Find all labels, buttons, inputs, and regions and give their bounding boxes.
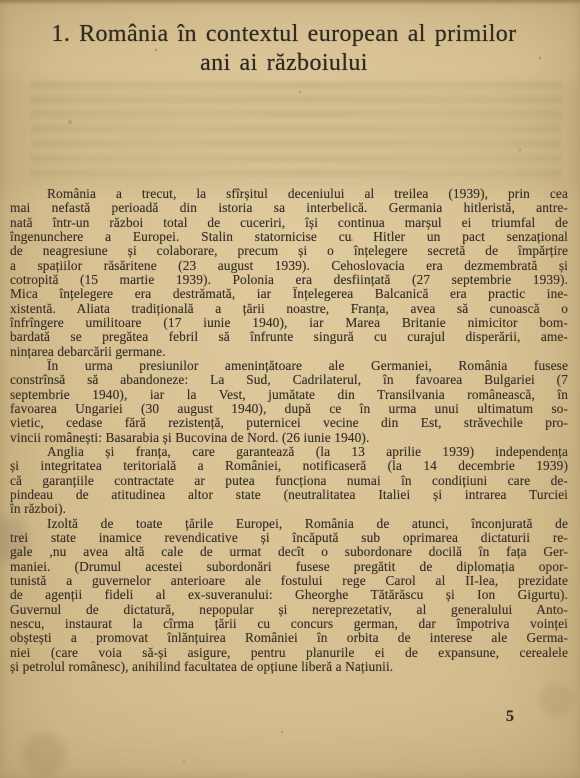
text-line: nințarea debarcării germane.	[10, 345, 568, 359]
text-line: xistentă. Aliata tradițională a țării no…	[10, 302, 568, 316]
chapter-title-line2: ani ai războiului	[10, 49, 558, 78]
text-line: mai nefastă perioadă din istoria sa inte…	[10, 201, 568, 215]
text-line: vietic, cedase fără rezistență, puternic…	[10, 416, 568, 430]
text-line: înfrîngere umilitoare (17 iunie 1940), i…	[10, 316, 568, 330]
paragraph: Anglia și franța, care garantează (la 13…	[10, 445, 568, 517]
text-line: de agenții fideli al ex-suveranului: Ghe…	[10, 588, 568, 602]
scan-edge-shadow	[0, 0, 580, 5]
text-line: maniei. (Drumul acestei subordonări fuse…	[10, 560, 568, 574]
chapter-title-line1: 1. România în contextul european al prim…	[10, 20, 558, 49]
text-line: gale ,nu avea altă cale de urmat decît o…	[10, 545, 568, 559]
text-line: Anglia și franța, care garantează (la 13…	[10, 445, 568, 459]
paragraph: Izoltă de toate țările Europei, România …	[10, 517, 568, 675]
text-line: constrînsă să abandoneze: La Sud, Cadril…	[10, 373, 568, 387]
page-number: 5	[506, 708, 514, 726]
text-line: tunistă a guvernelor anterioare ale fost…	[10, 574, 568, 588]
text-line: nescu, instaurat la cîrma țării cu concu…	[10, 617, 568, 631]
paragraph: România a trecut, la sfîrșitul deceniulu…	[10, 187, 568, 359]
text-line: septembrie 1940), iar la Vest, jumătate …	[10, 388, 568, 402]
text-line: a spațiilor răsăritene (23 august 1939).…	[10, 259, 568, 273]
text-line: în război).	[10, 502, 568, 516]
body-text: România a trecut, la sfîrșitul deceniulu…	[10, 187, 568, 674]
text-line: obștești a promovat înlănțuirea României…	[10, 631, 568, 645]
text-line: și petrolul românesc), anihilind faculta…	[10, 660, 568, 674]
text-line: că garanțiile contractate ar putea funcț…	[10, 474, 568, 488]
text-line: niei (care voia să-și asigure, pentru pl…	[10, 646, 568, 660]
text-line: favoarea Ungariei (30 august 1940), după…	[10, 402, 568, 416]
paragraph: În urma presiunilor amenințătoare ale Ge…	[10, 359, 568, 445]
text-line: trei state inamice revendicative și încă…	[10, 531, 568, 545]
text-line: În urma presiunilor amenințătoare ale Ge…	[10, 359, 568, 373]
chapter-title: 1. România în contextul european al prim…	[10, 20, 558, 78]
text-line: și integritatea teritorială a României, …	[10, 459, 568, 473]
text-line: Izoltă de toate țările Europei, România …	[10, 517, 568, 531]
book-page: 1. România în contextul european al prim…	[0, 0, 580, 778]
text-line: cotropită (15 martie 1939). Polonia era …	[10, 273, 568, 287]
text-line: nată într-un război total de cuceriri, î…	[10, 216, 568, 230]
text-line: vincii românești: Basarabia și Bucovina …	[10, 431, 568, 445]
text-line: România a trecut, la sfîrșitul deceniulu…	[10, 187, 568, 201]
text-line: bardată se pregătea febril să înfrunte s…	[10, 330, 568, 344]
text-line: pindeau de atitudinea altor state (neutr…	[10, 488, 568, 502]
text-line: Mica înțelegere era destrămată, iar Înțe…	[10, 287, 568, 301]
text-line: Guvernul de dictatură, nepopular și nere…	[10, 603, 568, 617]
text-line: îngenunchere a Europei. Stalin statornic…	[10, 230, 568, 244]
text-line: de neagresiune și colaborare, precum și …	[10, 244, 568, 258]
bleedthrough-ghost	[30, 81, 562, 185]
